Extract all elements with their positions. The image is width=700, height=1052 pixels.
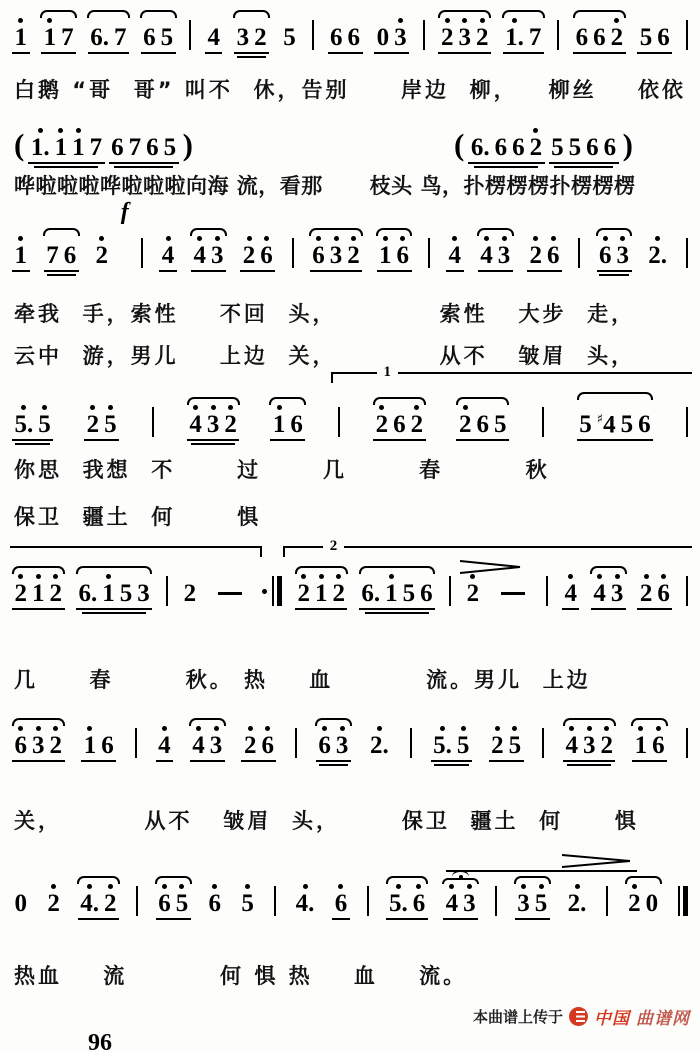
system-3: 1 5.525432162622655♯456 — [10, 372, 692, 448]
volta-hook-icon — [283, 546, 295, 557]
lyrics-line-6: 保卫 疆土 何 惧 — [14, 501, 694, 531]
lyrics-line-3: 牵我 手，索性 不回 头， 索性 大步 走， — [14, 298, 694, 328]
lyrics-line-2: 哗啦啦啦哗啦啦啦向海 流，看那 枝头 鸟，扑楞楞楞扑楞楞楞 — [14, 170, 694, 200]
lyrics-line-8: 关， 从不 皱眉 头， 保卫 疆土 何 惧 — [14, 805, 694, 835]
sheet-music-page: 1176.765432566032321.766256 白鹅 “哥 哥” 叫不 … — [0, 0, 700, 1052]
notation-paren-right: (6.6625566) — [452, 114, 635, 170]
site-name-primary: 中国 — [594, 1004, 630, 1029]
lyrics-line-1: 白鹅 “哥 哥” 叫不 休，告别 岸边 柳， 柳丝 依依 — [14, 74, 694, 104]
volta-1-bracket: 1 — [331, 372, 692, 383]
volta-1-label: 1 — [384, 364, 392, 381]
lyrics-line-9: 热血 流 何 惧 热 血 流。 — [14, 960, 694, 990]
notation-line-4: 2126.15322126.156244326 — [10, 560, 692, 616]
footer-credit: 本曲谱上传于 中国曲谱网 — [473, 1004, 690, 1029]
uploaded-by-text: 本曲谱上传于 — [473, 1006, 563, 1027]
site-name-secondary: 曲谱网 — [636, 1004, 690, 1029]
volta-hook-icon — [250, 546, 262, 557]
decrescendo-hairpin-icon — [562, 854, 632, 868]
lyrics-line-4: 云中 游，男儿 上边 关， 从不 皱眉 头， — [14, 340, 694, 370]
notation-paren-left: (1.1176765) — [12, 114, 195, 170]
notation-line-6: 024.265654.65.643352.20 — [10, 870, 692, 926]
notation-line-5: 6321644326632.5.52543216 — [10, 712, 692, 768]
notation-line-2: 1762f443266321644326632. — [10, 222, 692, 278]
volta-hook-icon — [331, 372, 343, 383]
system-4: 2 2126.15322126.156244326 — [10, 542, 692, 622]
notation-line-1: 1176.765432566032321.766256 — [10, 4, 692, 60]
page-number: 96 — [88, 1030, 112, 1052]
volta-2-label: 2 — [330, 538, 338, 555]
lyrics-line-7: 几 春 秋。 热 血 流。男儿 上边 — [14, 664, 694, 694]
site-logo-icon — [569, 1007, 588, 1026]
system-6: 024.265654.65.643352.20 — [10, 850, 692, 932]
lyrics-line-5: 你思 我想 不 过 几 春 秋 — [14, 454, 694, 484]
notation-line-3: 5.525432162622655♯456 — [10, 386, 692, 447]
volta-1-end-line — [10, 546, 262, 557]
volta-2-bracket: 2 — [283, 546, 692, 557]
